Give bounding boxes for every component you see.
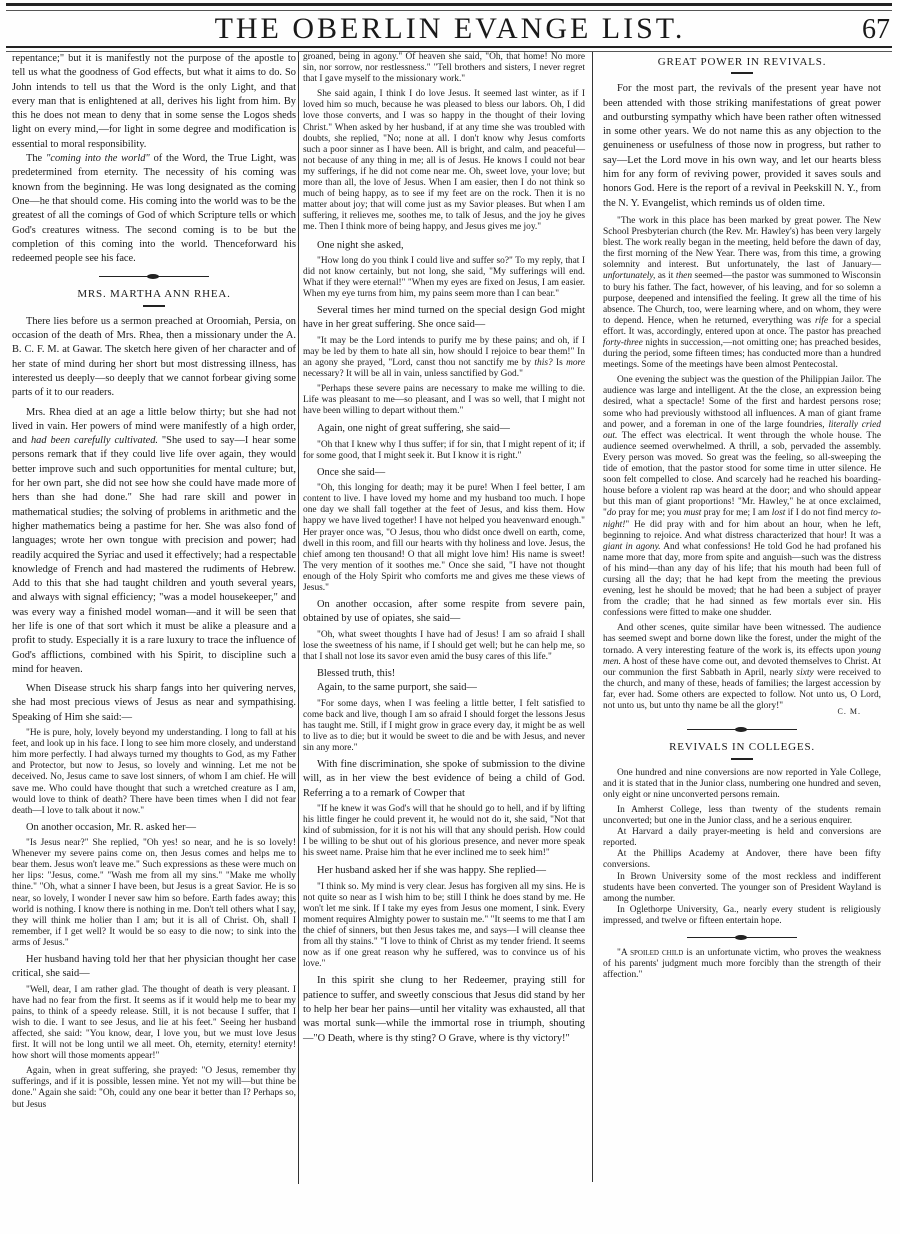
section-ornament — [687, 729, 797, 730]
quotation: "It may be the Lord intends to purify me… — [303, 336, 585, 380]
paragraph: On another occasion, Mr. R. asked her— — [12, 821, 296, 835]
paragraph: Several times her mind turned on the spe… — [303, 304, 585, 333]
paragraph: Mrs. Rhea died at an age a little below … — [12, 406, 296, 678]
quotation: She said again, I think I do love Jesus.… — [303, 89, 585, 233]
paragraph: Again, to the same purport, she said— — [303, 681, 585, 695]
quotation: "If he knew it was God's will that he sh… — [303, 804, 585, 859]
paragraph: repentance;" but it is manifestly not th… — [12, 52, 296, 152]
quotation: groaned, being in agony." Of heaven she … — [303, 52, 585, 85]
paragraph: In Brown University some of the most rec… — [603, 872, 881, 905]
quotation: "Perhaps these severe pains are necessar… — [303, 384, 585, 417]
section-ornament — [687, 937, 797, 938]
paragraph: In Oglethorpe University, Ga., nearly ev… — [603, 905, 881, 927]
quotation: "Oh, this longing for death; may it be p… — [303, 483, 585, 594]
quotation: "Oh, what sweet thoughts I have had of J… — [303, 630, 585, 663]
paragraph: Once she said— — [303, 466, 585, 480]
quotation: Again, when in great suffering, she pray… — [12, 1066, 296, 1110]
quotation: "Is Jesus near?" She replied, "Oh yes! s… — [12, 838, 296, 949]
newspaper-page: THE OBERLIN EVANGE LIST. 67 repentance;"… — [0, 0, 900, 1234]
paragraph: In Amherst College, less than twenty of … — [603, 805, 881, 827]
paragraph: Blessed truth, this! — [303, 667, 585, 681]
quotation: "For some days, when I was feeling a lit… — [303, 699, 585, 754]
quotation: And other scenes, quite similar have bee… — [603, 623, 881, 712]
paragraph: Her husband having told her that her phy… — [12, 953, 296, 982]
column-divider — [298, 52, 299, 1184]
title-underline — [731, 758, 753, 760]
quotation: "Well, dear, I am rather glad. The thoug… — [12, 985, 296, 1063]
paragraph: In this spirit she clung to her Redeemer… — [303, 974, 585, 1045]
paragraph: On another occasion, after some respite … — [303, 598, 585, 627]
quotation: "How long do you think I could live and … — [303, 256, 585, 300]
paragraph: There lies before us a sermon preached a… — [12, 315, 296, 401]
title-underline — [731, 72, 753, 74]
article-title: GREAT POWER IN REVIVALS. — [603, 55, 881, 69]
title-underline — [143, 305, 165, 307]
paragraph: Again, one night of great suffering, she… — [303, 422, 585, 436]
paragraph: One hundred and nine conversions are now… — [603, 768, 881, 801]
quotation: "Oh that I knew why I thus suffer; if fo… — [303, 440, 585, 462]
quotation: One evening the subject was the question… — [603, 375, 881, 619]
paragraph: At the Phillips Academy at Andover, ther… — [603, 849, 881, 871]
column-left: repentance;" but it is manifestly not th… — [12, 52, 296, 1115]
column-divider — [592, 52, 593, 1182]
paragraph: The "coming into the world" of the Word,… — [12, 152, 296, 266]
paragraph: At Harvard a daily prayer-meeting is hel… — [603, 827, 881, 849]
column-right: GREAT POWER IN REVIVALS. For the most pa… — [603, 52, 881, 985]
section-ornament — [99, 276, 209, 277]
publication-title: THE OBERLIN EVANGE LIST. — [0, 12, 900, 46]
quotation: "He is pure, holy, lovely beyond my unde… — [12, 728, 296, 817]
paragraph: Her husband asked her if she was happy. … — [303, 864, 585, 878]
paragraph: One night she asked, — [303, 239, 585, 253]
masthead: THE OBERLIN EVANGE LIST. 67 — [0, 10, 900, 44]
paragraph: When Disease struck his sharp fangs into… — [12, 682, 296, 725]
quotation: "I think so. My mind is very clear. Jesu… — [303, 882, 585, 971]
column-middle: groaned, being in agony." Of heaven she … — [303, 52, 585, 1046]
page-number: 67 — [862, 14, 890, 46]
aphorism: "A spoiled child is an unfortunate victi… — [603, 948, 881, 981]
article-title: MRS. MARTHA ANN RHEA. — [12, 287, 296, 301]
paragraph: With fine discrimination, she spoke of s… — [303, 758, 585, 801]
article-title: REVIVALS IN COLLEGES. — [603, 740, 881, 754]
paragraph: For the most part, the revivals of the p… — [603, 82, 881, 211]
quotation: "The work in this place has been marked … — [603, 216, 881, 371]
